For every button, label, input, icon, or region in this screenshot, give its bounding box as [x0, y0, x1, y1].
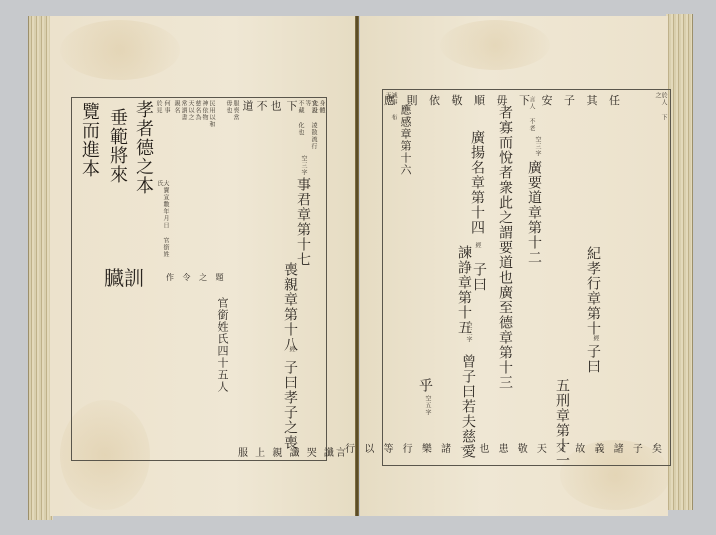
left-small-note: 民用以和 — [208, 100, 214, 140]
left-small-note: 常謂書 — [180, 100, 186, 140]
paper-stain — [440, 20, 550, 70]
right-bottom-row: 行 以 等 行 樂 諸 一 也 患 敬 天 父 故 義 諸 子 矣 — [385, 440, 665, 455]
date-note: 大寶宣數年月日 官銜姓氏 — [156, 180, 168, 260]
handwritten-column: 孝者德之本 — [134, 100, 152, 195]
right-annotation: 誠事 布天 — [384, 92, 396, 122]
chapter-18-note: 經 — [288, 346, 294, 353]
right-top-char: 子 — [564, 94, 579, 107]
chapter-16-title: 應感章第十六 — [400, 104, 411, 176]
chapter-10-note: 經 — [592, 335, 598, 342]
left-annotation: 服喪當 — [232, 100, 238, 130]
misc-character: 乎 — [418, 378, 432, 393]
left-small-note: 於見 — [155, 100, 161, 140]
chapter-14-text: 子曰 — [472, 262, 486, 292]
left-top-char: 下 — [286, 100, 297, 112]
left-small-note: 天以之 — [187, 100, 193, 140]
officials-list: 官銜姓氏四十五人 — [217, 297, 228, 393]
misc-note: 空五字 — [424, 395, 430, 416]
seal-note: 作 令 之 題 — [166, 272, 227, 283]
open-book: 下 也 不 道 身體 先社 宜設 凌散流行等 不藏 化也 服喪當 毋也 民用以和… — [0, 0, 716, 535]
chapter-14-title: 廣揚名章第十四 — [470, 130, 484, 235]
handwritten-column: 垂範將來 — [108, 108, 126, 184]
left-bottom-row: 服 上 親 讖 哭 讖言 — [238, 444, 348, 459]
chapter-18-text: 子曰孝子之喪 — [283, 360, 297, 450]
text-column: 者寡而悅者衆此之謂要道也 — [498, 105, 512, 285]
right-top-char: 任 — [609, 94, 624, 107]
right-top-char: 順 — [474, 94, 489, 107]
right-annotation: 言人 不老 — [528, 96, 534, 136]
chapter-14-note: 經 — [474, 242, 480, 249]
left-small-note: 親名 — [173, 100, 179, 140]
chapter-18-title: 喪親章第十八 — [283, 262, 297, 352]
left-small-note: 何事 — [163, 100, 169, 140]
chapter-15-note: 空三字 — [465, 322, 471, 343]
chapter-10-text: 子曰 — [586, 344, 600, 374]
chapter-17-note: 空三字 — [300, 155, 306, 176]
left-annotation: 不藏 化也 — [297, 100, 303, 150]
chapter-12-title: 廣要道章第十二 — [527, 160, 541, 265]
seal-characters: 臓訓 — [104, 262, 144, 291]
chapter-12-note: 空三字 — [534, 136, 540, 157]
right-top-char: 安 — [542, 94, 557, 107]
left-top-char: 也 — [270, 100, 281, 112]
left-top-char: 不 — [256, 100, 267, 112]
left-annotation: 毋也 — [225, 100, 231, 130]
left-small-note: 慈名為 — [194, 100, 200, 140]
right-annotation: 於人 下之 — [654, 92, 666, 122]
paper-stain — [60, 20, 180, 80]
chapter-13-title: 廣至德章第十三 — [498, 285, 512, 390]
left-top-char: 道 — [242, 100, 253, 112]
left-small-note: 神依物 — [201, 100, 207, 140]
left-annotation: 宜設 凌散流行等 — [304, 100, 316, 150]
right-top-char: 敬 — [452, 94, 467, 107]
chapter-10-title: 紀孝行章第十 — [586, 246, 600, 336]
left-annotation: 身體 — [318, 100, 324, 140]
right-top-char: 依 — [429, 94, 444, 107]
chapter-17-title: 事君章第十七 — [296, 177, 310, 267]
right-top-char: 其 — [587, 94, 602, 107]
handwritten-column: 覽而進本 — [80, 102, 98, 178]
